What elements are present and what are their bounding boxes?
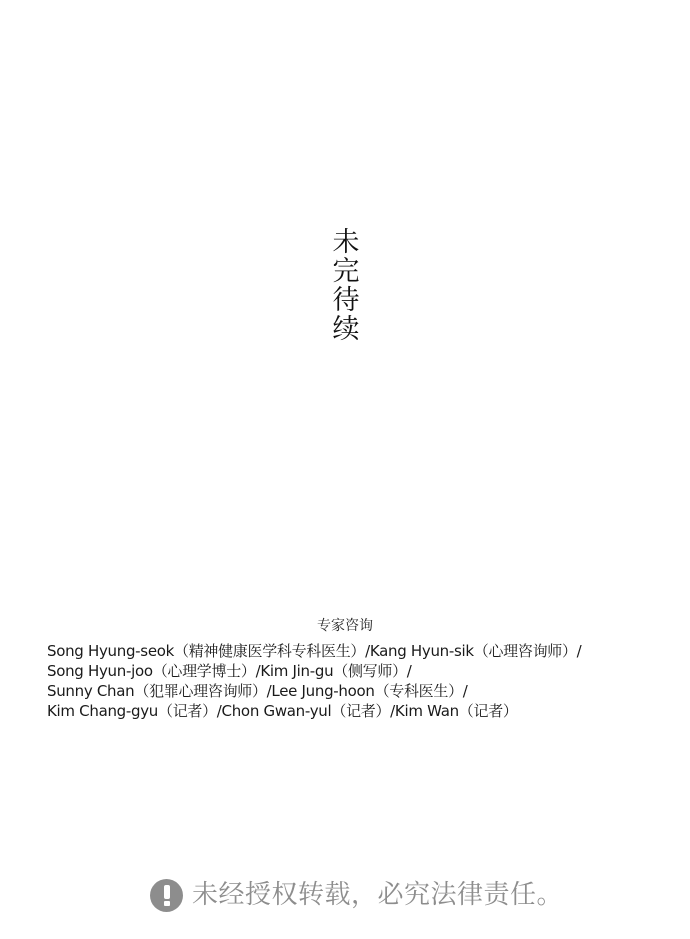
credits-line: Song Hyun-joo（心理学博士）/Kim Jin-gu（侧写师）/ xyxy=(47,661,687,681)
expert-credits: 专家咨询 Song Hyung-seok（精神健康医学科专科医生）/Kang H… xyxy=(0,616,690,640)
credits-title: 专家咨询 xyxy=(0,616,690,636)
credits-line: Sunny Chan（犯罪心理咨询师）/Lee Jung-hoon（专科医生）/ xyxy=(47,681,687,701)
tbc-char: 续 xyxy=(333,315,360,344)
tbc-char: 待 xyxy=(333,286,360,315)
copyright-notice-text: 未经授权转载，必究法律责任。 xyxy=(192,878,563,912)
copyright-notice: 未经授权转载，必究法律责任。 xyxy=(150,878,563,912)
to-be-continued-vertical-text: 未 完 待 续 xyxy=(331,228,361,344)
exclamation-circle-icon xyxy=(150,879,183,912)
credits-line: Kim Chang-gyu（记者）/Chon Gwan-yul（记者）/Kim … xyxy=(47,701,687,721)
credits-list: Song Hyung-seok（精神健康医学科专科医生）/Kang Hyun-s… xyxy=(47,641,687,721)
credits-line: Song Hyung-seok（精神健康医学科专科医生）/Kang Hyun-s… xyxy=(47,641,687,661)
tbc-char: 未 xyxy=(333,228,360,257)
tbc-char: 完 xyxy=(333,257,360,286)
